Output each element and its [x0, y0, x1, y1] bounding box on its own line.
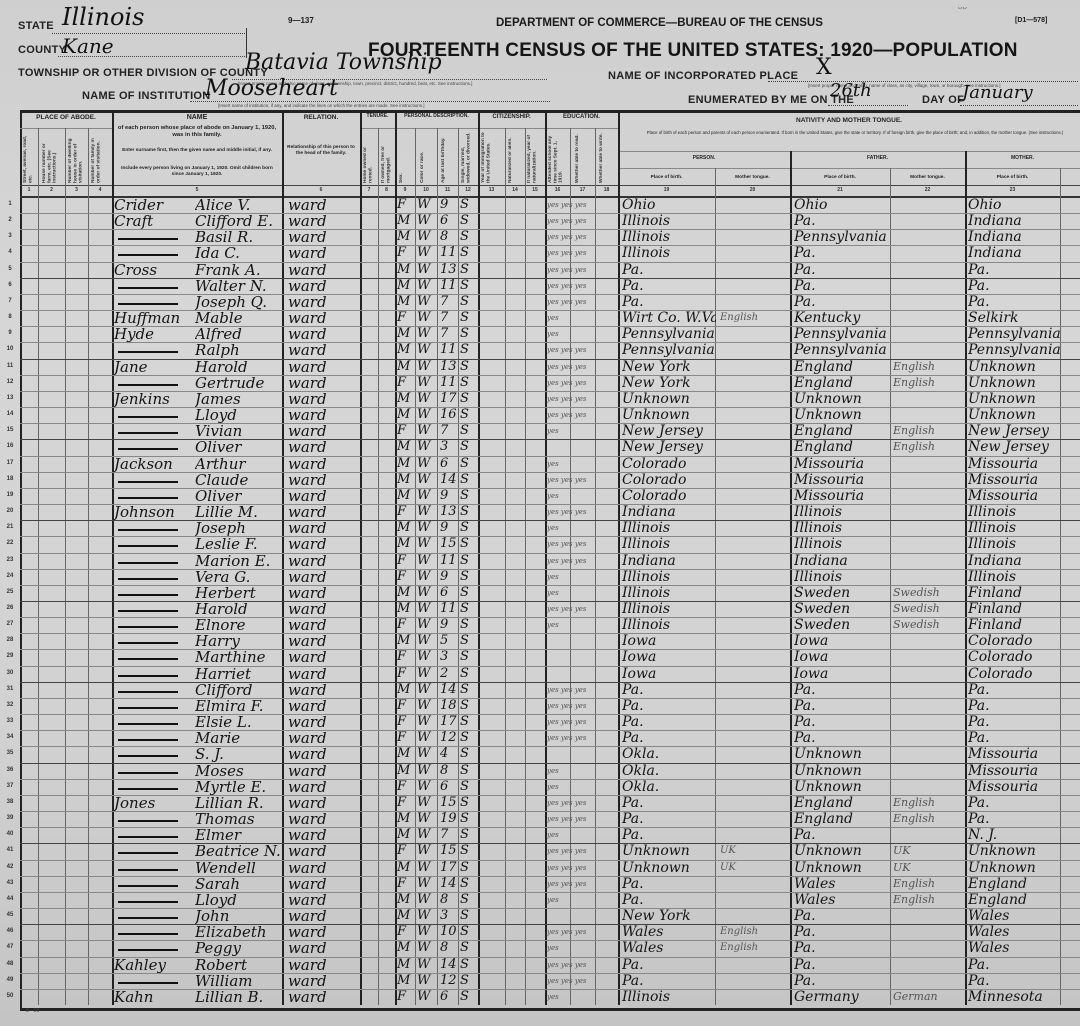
mt-cell — [720, 439, 790, 455]
row-number: 49 — [2, 977, 18, 983]
column-number: 14 — [505, 187, 525, 193]
given-cell: Clifford E. — [195, 213, 283, 229]
race-cell: W — [417, 488, 437, 504]
sex-cell: F — [397, 843, 415, 859]
row-number: 7 — [2, 298, 18, 304]
ms-cell: S — [460, 407, 478, 423]
race-cell: W — [417, 908, 437, 924]
row-number: 34 — [2, 734, 18, 740]
row-number: 5 — [2, 266, 18, 272]
age-cell: 14 — [440, 682, 458, 698]
race-cell: W — [417, 375, 437, 391]
edu-cell: yes — [547, 763, 617, 779]
sex-cell: M — [397, 536, 415, 552]
given-cell: Joseph — [195, 520, 283, 536]
row-number: 23 — [2, 557, 18, 563]
pob-cell: Colorado — [622, 472, 716, 488]
rel-cell: ward — [288, 407, 358, 423]
row-number: 24 — [2, 573, 18, 579]
pob-cell: Pennsylvania — [622, 342, 716, 358]
race-cell: W — [417, 989, 437, 1005]
rel-cell: ward — [288, 585, 358, 601]
rel-cell: ward — [288, 957, 358, 973]
age-cell: 14 — [440, 876, 458, 892]
mpob-cell: Unknown — [968, 407, 1060, 423]
age-cell: 7 — [440, 827, 458, 843]
age-cell: 16 — [440, 407, 458, 423]
group-education: EDUCATION. — [545, 114, 618, 121]
mpob-cell: New Jersey — [968, 439, 1060, 455]
ditto-surname-dash — [118, 238, 178, 240]
sex-cell: F — [397, 569, 415, 585]
pob-cell: New Jersey — [622, 439, 716, 455]
mpob-cell: Pennsylvania — [968, 342, 1060, 358]
given-cell: Alfred — [195, 326, 283, 342]
rel-cell: ward — [288, 908, 358, 924]
fpob-cell: Unknown — [794, 391, 890, 407]
race-cell: W — [417, 569, 437, 585]
mpob-cell: Pa. — [968, 795, 1060, 811]
row-number: 18 — [2, 476, 18, 482]
fmt-cell — [893, 520, 965, 536]
ms-cell: S — [460, 391, 478, 407]
surname-cell: Huffman — [114, 310, 194, 326]
race-cell: W — [417, 666, 437, 682]
race-cell: W — [417, 262, 437, 278]
row-number: 50 — [2, 993, 18, 999]
fmt-cell — [893, 229, 965, 245]
mt-cell — [720, 601, 790, 617]
column-number: 19 — [618, 187, 715, 193]
age-cell: 7 — [440, 310, 458, 326]
fmt-cell — [893, 924, 965, 940]
edu-cell — [547, 649, 617, 665]
mt-cell — [720, 423, 790, 439]
fmt-cell: English — [893, 795, 965, 811]
age-cell: 2 — [440, 666, 458, 682]
race-cell: W — [417, 617, 437, 633]
row-number: 8 — [2, 314, 18, 320]
sex-cell: M — [397, 763, 415, 779]
given-cell: Harriet — [195, 666, 283, 682]
row-number: 27 — [2, 621, 18, 627]
sex-cell: F — [397, 245, 415, 261]
mt-cell — [720, 553, 790, 569]
race-cell: W — [417, 278, 437, 294]
mpob-cell: Indiana — [968, 213, 1060, 229]
mt-cell — [720, 407, 790, 423]
ms-cell: S — [460, 617, 478, 633]
fmt-cell — [893, 472, 965, 488]
fmt-cell — [893, 649, 965, 665]
sex-cell: M — [397, 472, 415, 488]
mpob-cell: Pa. — [968, 730, 1060, 746]
ditto-surname-dash — [118, 610, 178, 612]
pob-cell: Pa. — [622, 278, 716, 294]
mpob-cell: Pa. — [968, 973, 1060, 989]
ms-cell: S — [460, 294, 478, 310]
fpob-cell: Unknown — [794, 407, 890, 423]
fpob-cell: Pa. — [794, 940, 890, 956]
given-cell: Basil R. — [195, 229, 283, 245]
ditto-surname-dash — [118, 287, 178, 289]
sex-cell: F — [397, 714, 415, 730]
row-number: 42 — [2, 864, 18, 870]
column-number: 16 — [545, 187, 570, 193]
edu-cell: yes yes yes — [547, 876, 617, 892]
pob-cell: Iowa — [622, 649, 716, 665]
edu-cell: yes — [547, 940, 617, 956]
age-cell: 6 — [440, 779, 458, 795]
mt-cell — [720, 746, 790, 762]
given-cell: Sarah — [195, 876, 283, 892]
group-name: NAME — [112, 114, 282, 122]
column-number: 21 — [790, 187, 890, 193]
ms-cell: S — [460, 843, 478, 859]
edu-cell: yes — [547, 989, 617, 1005]
fpob-cell: Illinois — [794, 536, 890, 552]
pob-cell: Wales — [622, 940, 716, 956]
fmt-cell — [893, 262, 965, 278]
age-cell: 9 — [440, 520, 458, 536]
given-cell: Myrtle E. — [195, 779, 283, 795]
given-cell: Leslie F. — [195, 536, 283, 552]
fpob-cell: Illinois — [794, 569, 890, 585]
given-cell: Vivian — [195, 423, 283, 439]
mpob-cell: Pa. — [968, 682, 1060, 698]
age-cell: 14 — [440, 957, 458, 973]
ms-cell: S — [460, 520, 478, 536]
fmt-cell: German — [893, 989, 965, 1005]
fpob-cell: Pa. — [794, 908, 890, 924]
fmt-cell — [893, 957, 965, 973]
given-cell: Arthur — [195, 456, 283, 472]
vhead-read: Whether able to read. — [575, 131, 591, 183]
edu-cell: yes yes yes — [547, 278, 617, 294]
nativity-desc: Place of birth of each person and parent… — [630, 131, 1080, 136]
sex-cell: M — [397, 326, 415, 342]
given-cell: Herbert — [195, 585, 283, 601]
age-cell: 8 — [440, 892, 458, 908]
sex-cell: M — [397, 827, 415, 843]
mpob-cell: Wales — [968, 940, 1060, 956]
age-cell: 11 — [440, 342, 458, 358]
fmt-cell — [893, 763, 965, 779]
fpob-cell: Wales — [794, 876, 890, 892]
pob-cell: Pa. — [622, 698, 716, 714]
sex-cell: M — [397, 359, 415, 375]
fmt-cell: English — [893, 375, 965, 391]
row-number: 40 — [2, 831, 18, 837]
fpob-cell: Missouria — [794, 472, 890, 488]
fmt-cell — [893, 666, 965, 682]
state-label: STATE — [18, 20, 54, 32]
sex-cell: M — [397, 746, 415, 762]
mpob-cell: Missouria — [968, 488, 1060, 504]
nativity-sub-line-2 — [618, 168, 1080, 169]
column-number: 13 — [478, 187, 505, 193]
ms-cell: S — [460, 876, 478, 892]
edu-cell: yes yes yes — [547, 391, 617, 407]
pob-cell: Unknown — [622, 407, 716, 423]
age-cell: 15 — [440, 536, 458, 552]
fmt-cell: English — [893, 439, 965, 455]
mt-cell — [720, 456, 790, 472]
age-cell: 9 — [440, 197, 458, 213]
given-cell: Elsie L. — [195, 714, 283, 730]
age-cell: 15 — [440, 795, 458, 811]
edu-cell: yes — [547, 892, 617, 908]
pob-cell: Okla. — [622, 763, 716, 779]
fpob-cell: Unknown — [794, 779, 890, 795]
ms-cell: S — [460, 245, 478, 261]
footer-code: 8—99 — [26, 1008, 39, 1014]
fmt-cell — [893, 456, 965, 472]
age-cell: 14 — [440, 472, 458, 488]
mpob-cell: Minnesota — [968, 989, 1060, 1005]
fpob-cell: Pa. — [794, 973, 890, 989]
age-cell: 19 — [440, 811, 458, 827]
given-cell: James — [195, 391, 283, 407]
sex-cell: M — [397, 294, 415, 310]
pob-cell: Iowa — [622, 633, 716, 649]
race-cell: W — [417, 213, 437, 229]
mt-cell — [720, 585, 790, 601]
row-number: 1 — [2, 201, 18, 207]
fmt-cell: UK — [893, 860, 965, 876]
pob-cell: Unknown — [622, 391, 716, 407]
mt-cell — [720, 326, 790, 342]
mpob-cell: Indiana — [968, 553, 1060, 569]
pob-cell: Illinois — [622, 617, 716, 633]
surname-cell: Jenkins — [114, 391, 194, 407]
row-number: 31 — [2, 686, 18, 692]
department-title: DEPARTMENT OF COMMERCE—BUREAU OF THE CEN… — [496, 17, 823, 29]
age-cell: 6 — [440, 213, 458, 229]
ditto-surname-dash — [118, 949, 178, 951]
mt-cell — [720, 229, 790, 245]
fmt-cell: Swedish — [893, 601, 965, 617]
edu-cell: yes yes yes — [547, 229, 617, 245]
enumerated-day-line — [828, 105, 908, 106]
race-cell: W — [417, 294, 437, 310]
mt-cell — [720, 779, 790, 795]
fmt-cell — [893, 682, 965, 698]
mt-cell — [720, 908, 790, 924]
fpob-cell: England — [794, 811, 890, 827]
edu-cell: yes yes yes — [547, 553, 617, 569]
ms-cell: S — [460, 957, 478, 973]
edu-cell: yes yes yes — [547, 973, 617, 989]
edu-cell — [547, 439, 617, 455]
race-cell: W — [417, 553, 437, 569]
ditto-surname-dash — [118, 351, 178, 353]
sex-cell: M — [397, 908, 415, 924]
subgroup-person: PERSON. — [618, 156, 790, 162]
edu-cell: yes — [547, 310, 617, 326]
pob-cell: Pa. — [622, 730, 716, 746]
pob-cell: Illinois — [622, 245, 716, 261]
fpob-cell: Illinois — [794, 504, 890, 520]
sex-cell: M — [397, 456, 415, 472]
age-cell: 5 — [440, 633, 458, 649]
mt-cell — [720, 520, 790, 536]
ditto-surname-dash — [118, 384, 178, 386]
fmt-cell: English — [893, 423, 965, 439]
column-number: 6 — [282, 187, 360, 193]
given-cell: Oliver — [195, 439, 283, 455]
mpob-cell: England — [968, 892, 1060, 908]
surname-cell: Crider — [114, 197, 194, 213]
grid-vline — [65, 128, 66, 1005]
father-mt-head: Mother tongue. — [890, 175, 965, 181]
rel-cell: ward — [288, 536, 358, 552]
age-cell: 13 — [440, 359, 458, 375]
fpob-cell: Sweden — [794, 617, 890, 633]
pob-cell: Pa. — [622, 892, 716, 908]
mpob-cell: Pa. — [968, 811, 1060, 827]
mpob-cell: Colorado — [968, 633, 1060, 649]
vhead-naturalized: Naturalized or alien. — [508, 131, 522, 183]
ms-cell: S — [460, 827, 478, 843]
given-cell: Claude — [195, 472, 283, 488]
row-number: 16 — [2, 443, 18, 449]
pob-cell: New Jersey — [622, 423, 716, 439]
fmt-cell — [893, 342, 965, 358]
ditto-surname-dash — [118, 675, 178, 677]
pob-cell: Colorado — [622, 456, 716, 472]
ms-cell: S — [460, 456, 478, 472]
institution-note: [Insert name of institution, if any, and… — [218, 103, 425, 108]
age-cell: 11 — [440, 601, 458, 617]
edu-cell: yes yes yes — [547, 811, 617, 827]
column-number: 2 — [38, 187, 65, 193]
pob-cell: Pa. — [622, 811, 716, 827]
rel-cell: ward — [288, 730, 358, 746]
sex-cell: F — [397, 375, 415, 391]
pob-cell: Pa. — [622, 827, 716, 843]
race-cell: W — [417, 957, 437, 973]
ms-cell: S — [460, 326, 478, 342]
row-number: 11 — [2, 363, 18, 369]
mpob-cell: Missouria — [968, 779, 1060, 795]
edu-cell: yes yes yes — [547, 730, 617, 746]
sex-cell: F — [397, 924, 415, 940]
given-cell: Moses — [195, 763, 283, 779]
sex-cell: F — [397, 553, 415, 569]
ms-cell: S — [460, 278, 478, 294]
pob-cell: New York — [622, 375, 716, 391]
ditto-surname-dash — [118, 497, 178, 499]
row-number: 28 — [2, 637, 18, 643]
ms-cell: S — [460, 472, 478, 488]
fpob-cell: Missouria — [794, 456, 890, 472]
corner-mark: ᵕᵕ — [958, 2, 967, 16]
edu-cell: yes yes yes — [547, 682, 617, 698]
edu-cell — [547, 746, 617, 762]
row-number: 46 — [2, 928, 18, 934]
edu-cell: yes — [547, 326, 617, 342]
surname-cell: Jackson — [114, 456, 194, 472]
fmt-cell — [893, 488, 965, 504]
pob-cell: Illinois — [622, 989, 716, 1005]
mpob-cell: Finland — [968, 601, 1060, 617]
fpob-cell: Sweden — [794, 601, 890, 617]
vhead-house-number: House number or farm, etc. (See instruct… — [42, 131, 62, 183]
fpob-cell: Pa. — [794, 682, 890, 698]
grid-vline — [38, 128, 39, 1005]
edu-cell: yes — [547, 423, 617, 439]
edu-cell — [547, 666, 617, 682]
fpob-cell: Pennsylvania — [794, 326, 890, 342]
row-number: 29 — [2, 653, 18, 659]
fmt-cell — [893, 569, 965, 585]
age-cell: 10 — [440, 924, 458, 940]
fpob-cell: Pa. — [794, 957, 890, 973]
grid-vline — [525, 128, 526, 1005]
mpob-cell: Wales — [968, 908, 1060, 924]
fpob-cell: Pa. — [794, 698, 890, 714]
fpob-cell: Wales — [794, 892, 890, 908]
surname-cell: Johnson — [114, 504, 194, 520]
mpob-cell: Wales — [968, 924, 1060, 940]
edu-cell: yes yes yes — [547, 407, 617, 423]
pob-cell: Pa. — [622, 682, 716, 698]
fpob-cell: Pa. — [794, 262, 890, 278]
age-cell: 17 — [440, 714, 458, 730]
ditto-surname-dash — [118, 707, 178, 709]
edu-cell: yes yes yes — [547, 342, 617, 358]
ms-cell: S — [460, 262, 478, 278]
race-cell: W — [417, 310, 437, 326]
rel-cell: ward — [288, 229, 358, 245]
ditto-surname-dash — [118, 545, 178, 547]
given-cell: Elnore — [195, 617, 283, 633]
vhead-marital: Single, married, widowed, or divorced. — [461, 131, 475, 183]
fpob-cell: Illinois — [794, 520, 890, 536]
surname-cell: Jones — [114, 795, 194, 811]
mpob-cell: Unknown — [968, 860, 1060, 876]
age-cell: 17 — [440, 391, 458, 407]
pob-cell: Wirt Co. W.Va. — [622, 310, 716, 326]
sex-cell: F — [397, 197, 415, 213]
race-cell: W — [417, 536, 437, 552]
fpob-cell: Unknown — [794, 843, 890, 859]
ditto-surname-dash — [118, 885, 178, 887]
rel-cell: ward — [288, 989, 358, 1005]
fpob-cell: Pa. — [794, 730, 890, 746]
race-cell: W — [417, 698, 437, 714]
mpob-cell: Illinois — [968, 520, 1060, 536]
ms-cell: S — [460, 682, 478, 698]
column-number: 1 — [20, 187, 38, 193]
group-tenure: TENURE. — [360, 114, 395, 120]
fmt-cell — [893, 779, 965, 795]
edu-cell: yes — [547, 617, 617, 633]
row-number: 21 — [2, 524, 18, 530]
ditto-surname-dash — [118, 432, 178, 434]
pob-cell: Illinois — [622, 213, 716, 229]
fpob-cell: England — [794, 423, 890, 439]
fmt-cell — [893, 553, 965, 569]
given-cell: Thomas — [195, 811, 283, 827]
sex-cell: M — [397, 682, 415, 698]
ms-cell: S — [460, 488, 478, 504]
vhead-write: Whether able to write. — [599, 131, 615, 183]
race-cell: W — [417, 892, 437, 908]
race-cell: W — [417, 504, 437, 520]
race-cell: W — [417, 601, 437, 617]
